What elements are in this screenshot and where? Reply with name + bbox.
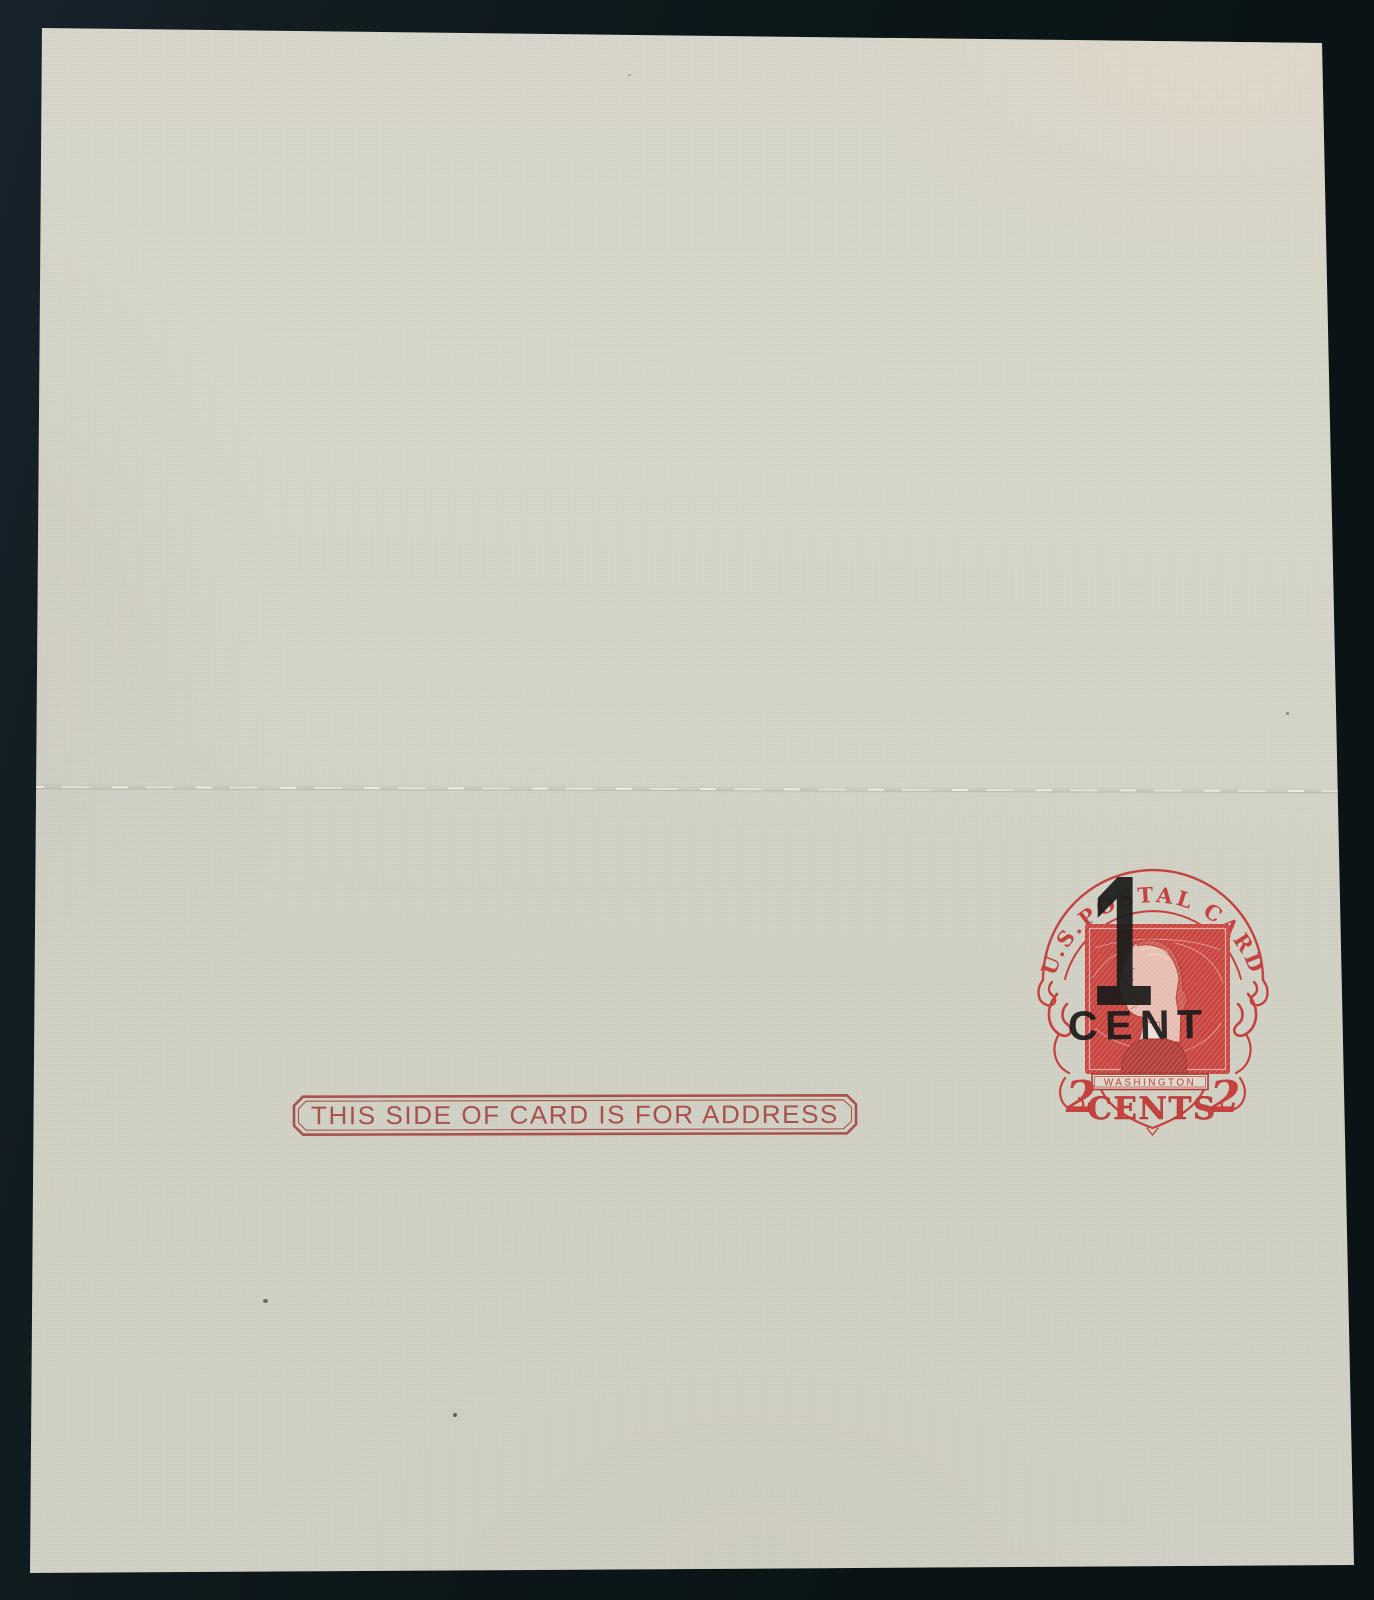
postal-card: THIS SIDE OF CARD IS FOR ADDRESS [0,0,1374,1600]
card-edge-shading [0,0,1374,1600]
photo-background: THIS SIDE OF CARD IS FOR ADDRESS [0,0,1374,1600]
